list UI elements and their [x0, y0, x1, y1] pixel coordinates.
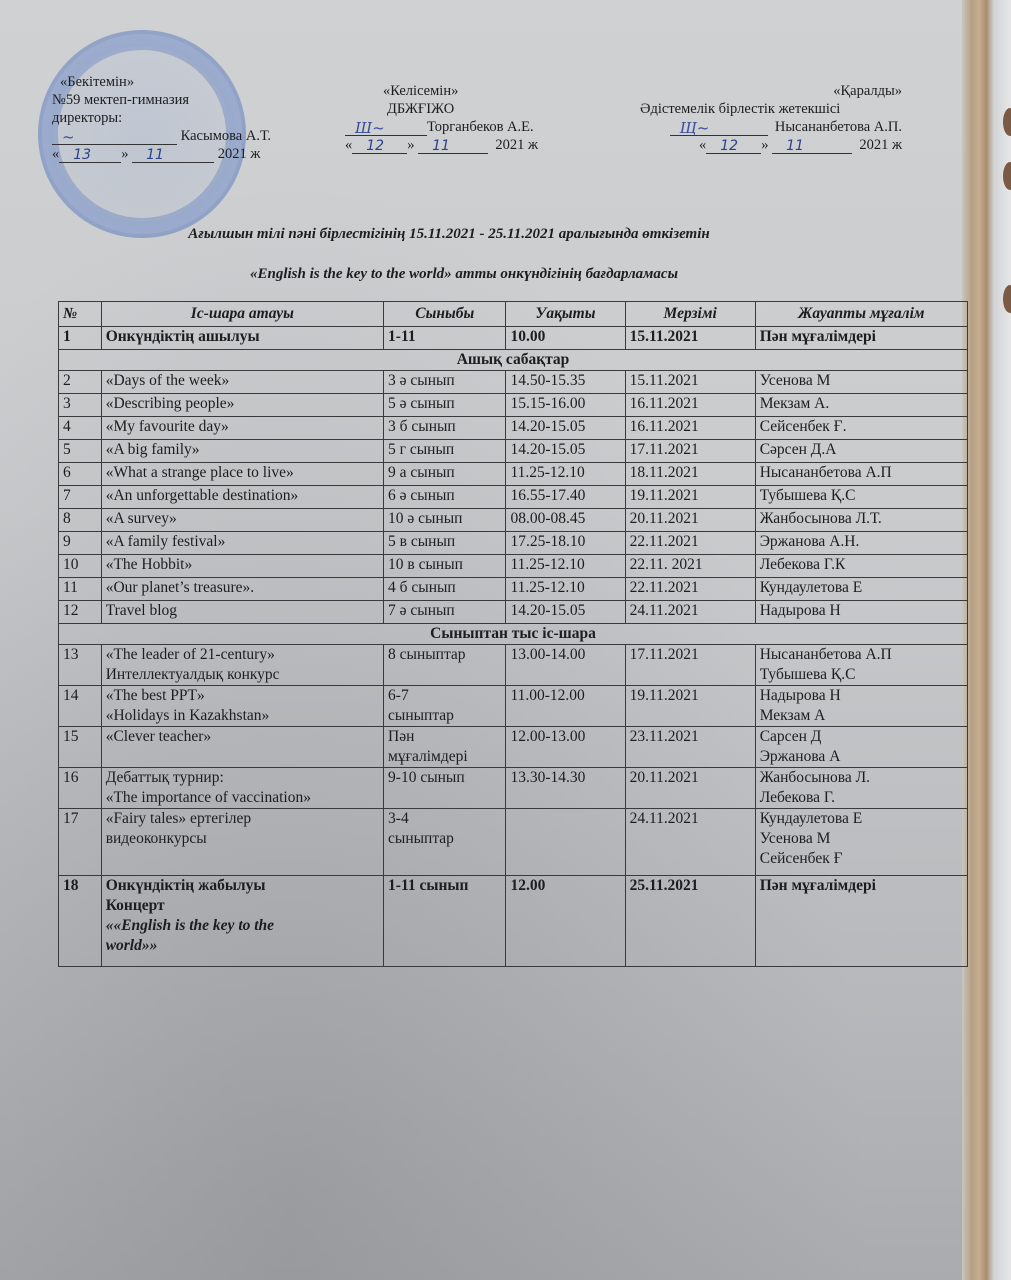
table-row: 17«Fairy tales» ертегілервидеоконкурсы3-… [59, 809, 968, 876]
cell-grade: 5 ә сынып [384, 394, 506, 417]
signature-line: ~ [52, 130, 177, 145]
cell-event: «Days of the week» [101, 371, 383, 394]
cell-teacher: Сарсен ДЭржанова А [755, 727, 967, 768]
signature-line: Ш~ [345, 121, 427, 136]
cell-time: 14.50-15.35 [506, 371, 625, 394]
table-row: 11 «Our planet’s treasure».4 б сынып11.2… [59, 578, 968, 601]
cell-number: 10 [59, 555, 102, 578]
table-row: 7«An unforgettable destination»6 ә сынып… [59, 486, 968, 509]
cell-number: 14 [59, 686, 102, 727]
cell-date: 20.11.2021 [625, 509, 755, 532]
table-header: № Іс-шара атауы Сыныбы Уақыты Мерзімі Жа… [59, 302, 968, 327]
cell-number: 4 [59, 417, 102, 440]
cell-date: 24.11.2021 [625, 601, 755, 624]
section-open-lessons: Ашық сабақтар [59, 350, 968, 371]
cell-teacher: Мекзам А. [755, 394, 967, 417]
cell-teacher: Эржанова А.Н. [755, 532, 967, 555]
cell-number: 11 [59, 578, 102, 601]
cell-teacher: Нысананбетова А.П [755, 463, 967, 486]
approve-title: «Бекітемін» [52, 73, 271, 91]
cell-number: 8 [59, 509, 102, 532]
table-row: 4«My favourite day»3 б сынып14.20-15.051… [59, 417, 968, 440]
cell-event: «My favourite day» [101, 417, 383, 440]
cell-number: 7 [59, 486, 102, 509]
cell-time: 14.20-15.05 [506, 440, 625, 463]
cell-time: 16.55-17.40 [506, 486, 625, 509]
cell-grade: 9-10 сынып [384, 768, 506, 809]
date-month: 11 [132, 148, 214, 163]
cell-teacher: Пән мұғалімдері [755, 876, 967, 967]
review-name: Нысананбетова А.П. [775, 119, 902, 135]
cell-grade: 3 б сынып [384, 417, 506, 440]
binder-hole [1003, 162, 1011, 190]
cell-grade: 1-11 сынып [384, 876, 506, 967]
cell-time: 12.00 [506, 876, 625, 967]
section-title: Ашық сабақтар [59, 350, 968, 371]
cell-date: 20.11.2021 [625, 768, 755, 809]
agree-year: 2021 ж [495, 137, 538, 153]
col-grade: Сыныбы [384, 302, 506, 327]
cell-date: 16.11.2021 [625, 417, 755, 440]
cell-number: 6 [59, 463, 102, 486]
cell-number: 2 [59, 371, 102, 394]
date-day: 13 [59, 148, 121, 163]
cell-teacher: Жанбосынова Л.Т. [755, 509, 967, 532]
agree-title: «Келісемін» [345, 82, 538, 100]
cell-grade: 10 ә сынып [384, 509, 506, 532]
cell-teacher: Пән мұғалімдері [755, 327, 967, 350]
cell-grade: 10 в сынып [384, 555, 506, 578]
cell-grade: 3-4сыныптар [384, 809, 506, 876]
cell-date: 22.11.2021 [625, 578, 755, 601]
section-extracurricular: Сыныптан тыс іс-шара [59, 624, 968, 645]
cell-time [506, 809, 625, 876]
cell-grade: 9 а сынып [384, 463, 506, 486]
folder-edge [962, 0, 1011, 1280]
col-number: № [59, 302, 102, 327]
review-year: 2021 ж [859, 137, 902, 153]
cell-number: 9 [59, 532, 102, 555]
cell-event: «A survey» [101, 509, 383, 532]
cell-grade: Пәнмұғалімдері [384, 727, 506, 768]
document-title: Ағылшын тілі пәні бірлестігінің 15.11.20… [0, 226, 933, 243]
cell-teacher: Кундаулетова Е [755, 578, 967, 601]
cell-grade: 6-7сыныптар [384, 686, 506, 727]
cell-date: 19.11.2021 [625, 686, 755, 727]
approve-org: №59 мектеп-гимназия [52, 91, 271, 109]
cell-number: 16 [59, 768, 102, 809]
cell-teacher: Сейсенбек Ғ. [755, 417, 967, 440]
cell-teacher: Лебекова Г.К [755, 555, 967, 578]
table-row: 10«The Hobbit»10 в сынып11.25-12.1022.11… [59, 555, 968, 578]
review-block: «Қаралды» Әдістемелік бірлестік жетекшіс… [640, 82, 902, 154]
cell-date: 24.11.2021 [625, 809, 755, 876]
table-row: 6«What a strange place to live»9 а сынып… [59, 463, 968, 486]
table-row: 15«Clever teacher»Пәнмұғалімдері12.00-13… [59, 727, 968, 768]
cell-time: 10.00 [506, 327, 625, 350]
cell-number: 12 [59, 601, 102, 624]
review-title: «Қаралды» [640, 82, 902, 100]
table-row: 2«Days of the week»3 ә сынып14.50-15.351… [59, 371, 968, 394]
section-title: Сыныптан тыс іс-шара [59, 624, 968, 645]
agreement-block: «Келісемін» ДБЖҒІЖО Ш~Торганбеков А.Е. «… [345, 82, 538, 154]
table-row-closing: 18Онкүндіктің жабылуыКонцерт««English is… [59, 876, 968, 967]
cell-time: 17.25-18.10 [506, 532, 625, 555]
cell-event: Дебаттық турнир:«The importance of vacci… [101, 768, 383, 809]
review-role: Әдістемелік бірлестік жетекшісі [640, 100, 902, 118]
table-row-opening: 1 Онкүндіктің ашылуы 1-11 10.00 15.11.20… [59, 327, 968, 350]
date-month: 11 [772, 139, 852, 154]
cell-date: 22.11.2021 [625, 532, 755, 555]
cell-event: Travel blog [101, 601, 383, 624]
cell-date: 17.11.2021 [625, 440, 755, 463]
cell-date: 23.11.2021 [625, 727, 755, 768]
col-teacher: Жауапты мұғалім [755, 302, 967, 327]
cell-event: «The leader of 21-century»Интеллектуалды… [101, 645, 383, 686]
cell-time: 12.00-13.00 [506, 727, 625, 768]
col-time: Уақыты [506, 302, 625, 327]
cell-teacher: Усенова М [755, 371, 967, 394]
signature-line: Щ~ [670, 121, 768, 136]
approve-role: директоры: [52, 109, 271, 127]
cell-teacher: Тубышева Қ.С [755, 486, 967, 509]
table-row: 14 «The best PPT»«Holidays in Kazakhstan… [59, 686, 968, 727]
cell-grade: 6 ә сынып [384, 486, 506, 509]
agree-name: Торганбеков А.Е. [427, 119, 534, 135]
table-row: 16Дебаттық турнир:«The importance of vac… [59, 768, 968, 809]
date-day: 12 [352, 139, 407, 154]
cell-event: «The best PPT»«Holidays in Kazakhstan» [101, 686, 383, 727]
cell-time: 11.25-12.10 [506, 555, 625, 578]
cell-time: 08.00-08.45 [506, 509, 625, 532]
cell-date: 16.11.2021 [625, 394, 755, 417]
cell-teacher: Надырова Н [755, 601, 967, 624]
cell-event: «A family festival» [101, 532, 383, 555]
cell-number: 13 [59, 645, 102, 686]
cell-event: «Our planet’s treasure». [101, 578, 383, 601]
cell-teacher: Сәрсен Д.А [755, 440, 967, 463]
cell-number: 17 [59, 809, 102, 876]
cell-event: Онкүндіктің жабылуыКонцерт««English is t… [101, 876, 383, 967]
cell-event: «What a strange place to live» [101, 463, 383, 486]
binder-hole [1003, 285, 1011, 313]
cell-event: «The Hobbit» [101, 555, 383, 578]
program-table: № Іс-шара атауы Сыныбы Уақыты Мерзімі Жа… [58, 301, 968, 967]
cell-grade: 5 г сынып [384, 440, 506, 463]
cell-number: 5 [59, 440, 102, 463]
cell-event: «Describing people» [101, 394, 383, 417]
binder-hole [1003, 108, 1011, 136]
date-month: 11 [418, 139, 488, 154]
cell-time: 13.00-14.00 [506, 645, 625, 686]
approve-year: 2021 ж [218, 146, 261, 162]
cell-time: 11.25-12.10 [506, 578, 625, 601]
table-row: 12Travel blog7 ә сынып14.20-15.0524.11.2… [59, 601, 968, 624]
cell-teacher: Кундаулетова ЕУсенова МСейсенбек Ғ [755, 809, 967, 876]
cell-teacher: Нысананбетова А.ПТубышева Қ.С [755, 645, 967, 686]
cell-date: 15.11.2021 [625, 371, 755, 394]
cell-teacher: Жанбосынова Л.Лебекова Г. [755, 768, 967, 809]
cell-date: 19.11.2021 [625, 486, 755, 509]
cell-event: «An unforgettable destination» [101, 486, 383, 509]
document-subtitle: «English is the key to the world» атты о… [0, 266, 948, 283]
cell-time: 13.30-14.30 [506, 768, 625, 809]
cell-number: 15 [59, 727, 102, 768]
cell-date: 18.11.2021 [625, 463, 755, 486]
cell-event: «Fairy tales» ертегілервидеоконкурсы [101, 809, 383, 876]
table-row: 13 «The leader of 21-century»Интеллектуа… [59, 645, 968, 686]
table-row: 3«Describing people»5 ә сынып15.15-16.00… [59, 394, 968, 417]
table-row: 8«A survey»10 ә сынып08.00-08.4520.11.20… [59, 509, 968, 532]
col-date: Мерзімі [625, 302, 755, 327]
cell-date: 22.11. 2021 [625, 555, 755, 578]
table-row: 5«A big family»5 г сынып14.20-15.0517.11… [59, 440, 968, 463]
cell-date: 15.11.2021 [625, 327, 755, 350]
table-row: 9«A family festival»5 в сынып17.25-18.10… [59, 532, 968, 555]
cell-number: 18 [59, 876, 102, 967]
cell-event: «A big family» [101, 440, 383, 463]
cell-time: 11.25-12.10 [506, 463, 625, 486]
date-day: 12 [706, 139, 761, 154]
cell-grade: 4 б сынып [384, 578, 506, 601]
approve-name: Касымова А.Т. [181, 128, 271, 144]
cell-grade: 8 сыныптар [384, 645, 506, 686]
cell-time: 14.20-15.05 [506, 417, 625, 440]
cell-number: 3 [59, 394, 102, 417]
cell-date: 25.11.2021 [625, 876, 755, 967]
cell-time: 14.20-15.05 [506, 601, 625, 624]
cell-number: 1 [59, 327, 102, 350]
cell-teacher: Надырова НМекзам А [755, 686, 967, 727]
cell-grade: 3 ә сынып [384, 371, 506, 394]
agree-org: ДБЖҒІЖО [345, 100, 538, 118]
cell-event: «Clever teacher» [101, 727, 383, 768]
cell-grade: 1-11 [384, 327, 506, 350]
cell-date: 17.11.2021 [625, 645, 755, 686]
cell-time: 15.15-16.00 [506, 394, 625, 417]
cell-grade: 5 в сынып [384, 532, 506, 555]
col-event: Іс-шара атауы [101, 302, 383, 327]
cell-event: Онкүндіктің ашылуы [101, 327, 383, 350]
cell-grade: 7 ә сынып [384, 601, 506, 624]
cell-time: 11.00-12.00 [506, 686, 625, 727]
approval-block: «Бекітемін» №59 мектеп-гимназия директор… [52, 73, 271, 163]
